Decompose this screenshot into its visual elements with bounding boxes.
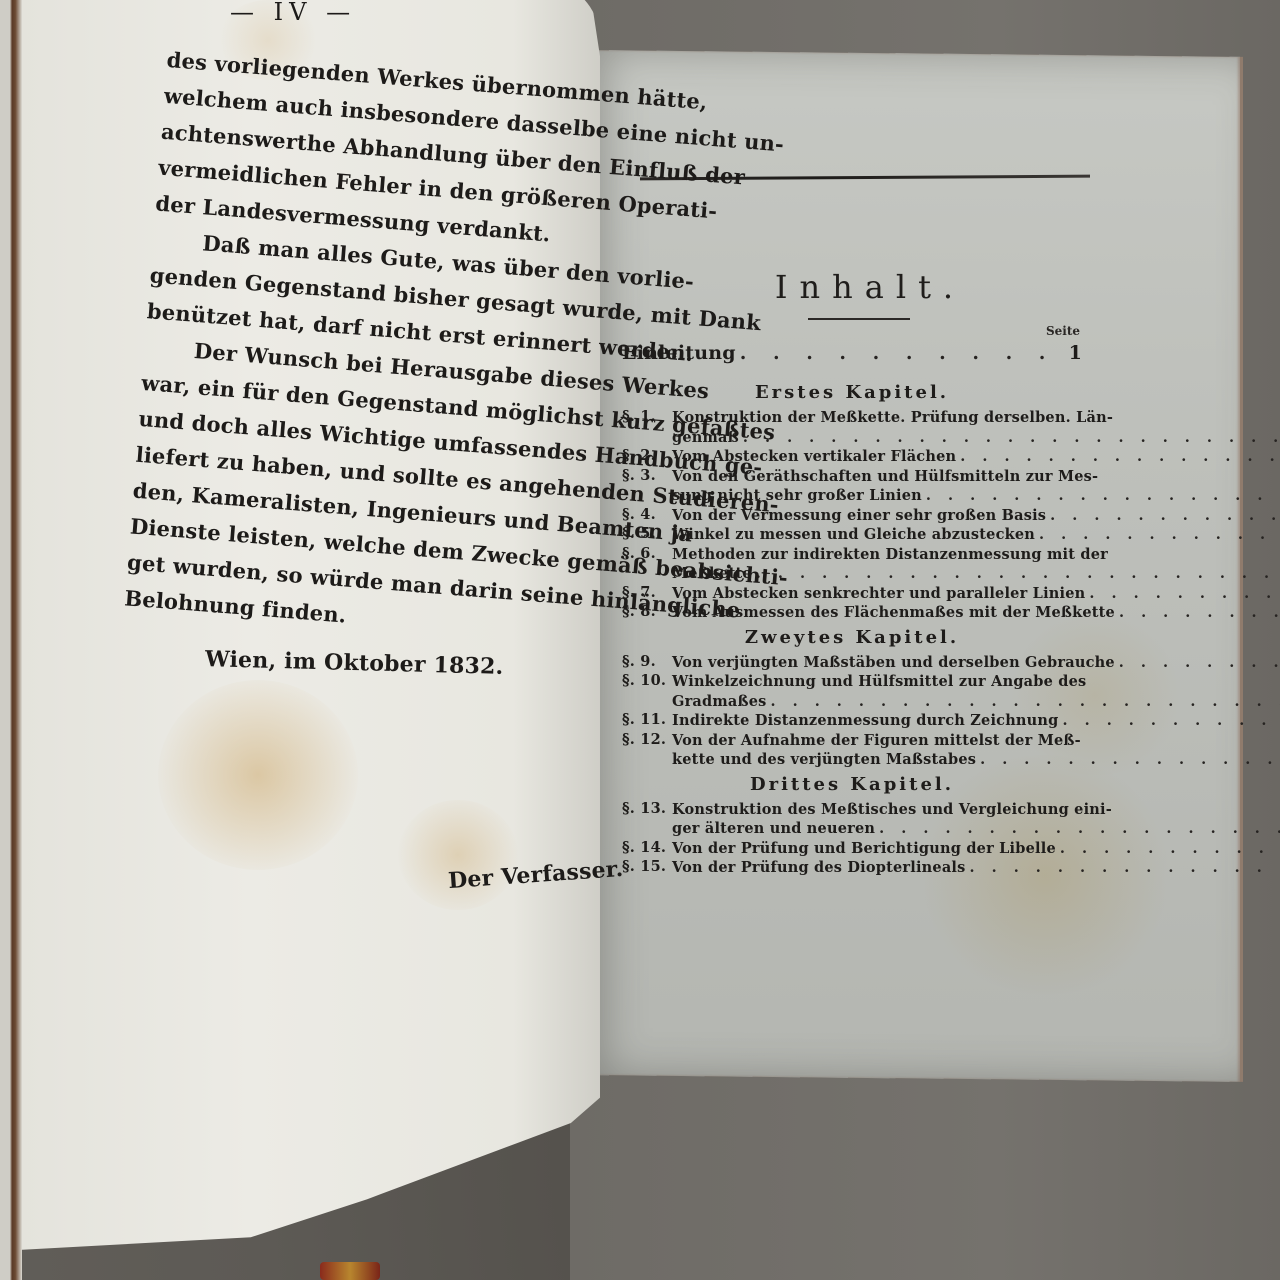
section-number: §. 9. — [622, 653, 672, 670]
section-number: §. 10. — [622, 672, 672, 689]
toc-entry: §. 10. Winkelzeichnung und Hülfsmittel z… — [622, 672, 1082, 711]
section-title: Von der Aufnahme der Figuren mittelst de… — [672, 731, 1081, 751]
section-title-cont: kette und des verjüngten Maßstabes — [672, 750, 976, 770]
leader-dots — [1063, 711, 1280, 731]
section-number: §. 15. — [622, 858, 672, 875]
section-title: Konstruktion des Meßtisches und Vergleic… — [672, 800, 1112, 820]
foxing-stain — [158, 680, 358, 870]
leader-dots — [771, 692, 1280, 712]
preface-text: des vorliegenden Werkes übernommen hätte… — [123, 20, 609, 651]
leader-dots — [743, 428, 1280, 448]
section-number: §. 14. — [622, 839, 672, 856]
toc-entry: §. 13. Konstruktion des Meßtisches und V… — [622, 800, 1082, 839]
section-title: Von der Prüfung des Diopterlineals — [672, 858, 966, 878]
toc-entry: §. 11. Indirekte Distanzenmessung durch … — [622, 711, 1082, 731]
section-title: Von der Prüfung und Berichtigung der Lib… — [672, 839, 1056, 859]
section-title: Von verjüngten Maßstäben und derselben G… — [672, 653, 1115, 673]
chapter-heading: Zweytes Kapitel. — [622, 623, 1082, 653]
introduction-page: 1 — [1054, 342, 1082, 364]
toc-entry: §. 15. Von der Prüfung des Diopterlineal… — [622, 858, 1082, 878]
leader-dots — [1119, 653, 1280, 673]
page-column-label: Seite — [1046, 324, 1080, 338]
leader-dots — [756, 564, 1280, 584]
gilt-cover-edge — [320, 1262, 380, 1280]
section-number: §. 13. — [622, 800, 672, 817]
section-number: §. 11. — [622, 711, 672, 728]
leader-dots — [740, 342, 1050, 364]
toc-entry: §. 12. Von der Aufnahme der Figuren mitt… — [622, 731, 1082, 770]
leader-dots — [1089, 584, 1280, 604]
leader-dots — [926, 486, 1280, 506]
page-numeral: — IV — — [230, 0, 356, 26]
leader-dots — [1060, 839, 1280, 859]
foxing-stain — [398, 800, 518, 910]
leader-dots — [1039, 525, 1280, 545]
section-title: Winkelzeichnung und Hülfsmittel zur Anga… — [672, 672, 1086, 692]
section-title-cont: ger älteren und neueren — [672, 819, 875, 839]
leader-dots — [960, 447, 1280, 467]
title-rule — [808, 318, 910, 320]
book-photo: Inhalt. Seite Einleitung 1 Erstes Kapite… — [0, 0, 1280, 1280]
section-title: Indirekte Distanzenmessung durch Zeichnu… — [672, 711, 1059, 731]
leader-dots — [879, 819, 1280, 839]
leader-dots — [970, 858, 1280, 878]
toc-title: Inhalt. — [720, 268, 1020, 306]
toc-entry: §. 9. Von verjüngten Maßstäben und derse… — [622, 653, 1082, 673]
section-number: §. 12. — [622, 731, 672, 748]
chapter-heading: Drittes Kapitel. — [622, 770, 1082, 800]
leader-dots — [1050, 506, 1280, 526]
leader-dots — [1119, 603, 1280, 623]
section-title-cont: Gradmaßes — [672, 692, 767, 712]
toc-entry: §. 14. Von der Prüfung und Berichtigung … — [622, 839, 1082, 859]
leader-dots — [980, 750, 1280, 770]
section-title: Winkel zu messen und Gleiche abzustecken — [672, 525, 1035, 545]
left-page-edge — [0, 0, 22, 1280]
